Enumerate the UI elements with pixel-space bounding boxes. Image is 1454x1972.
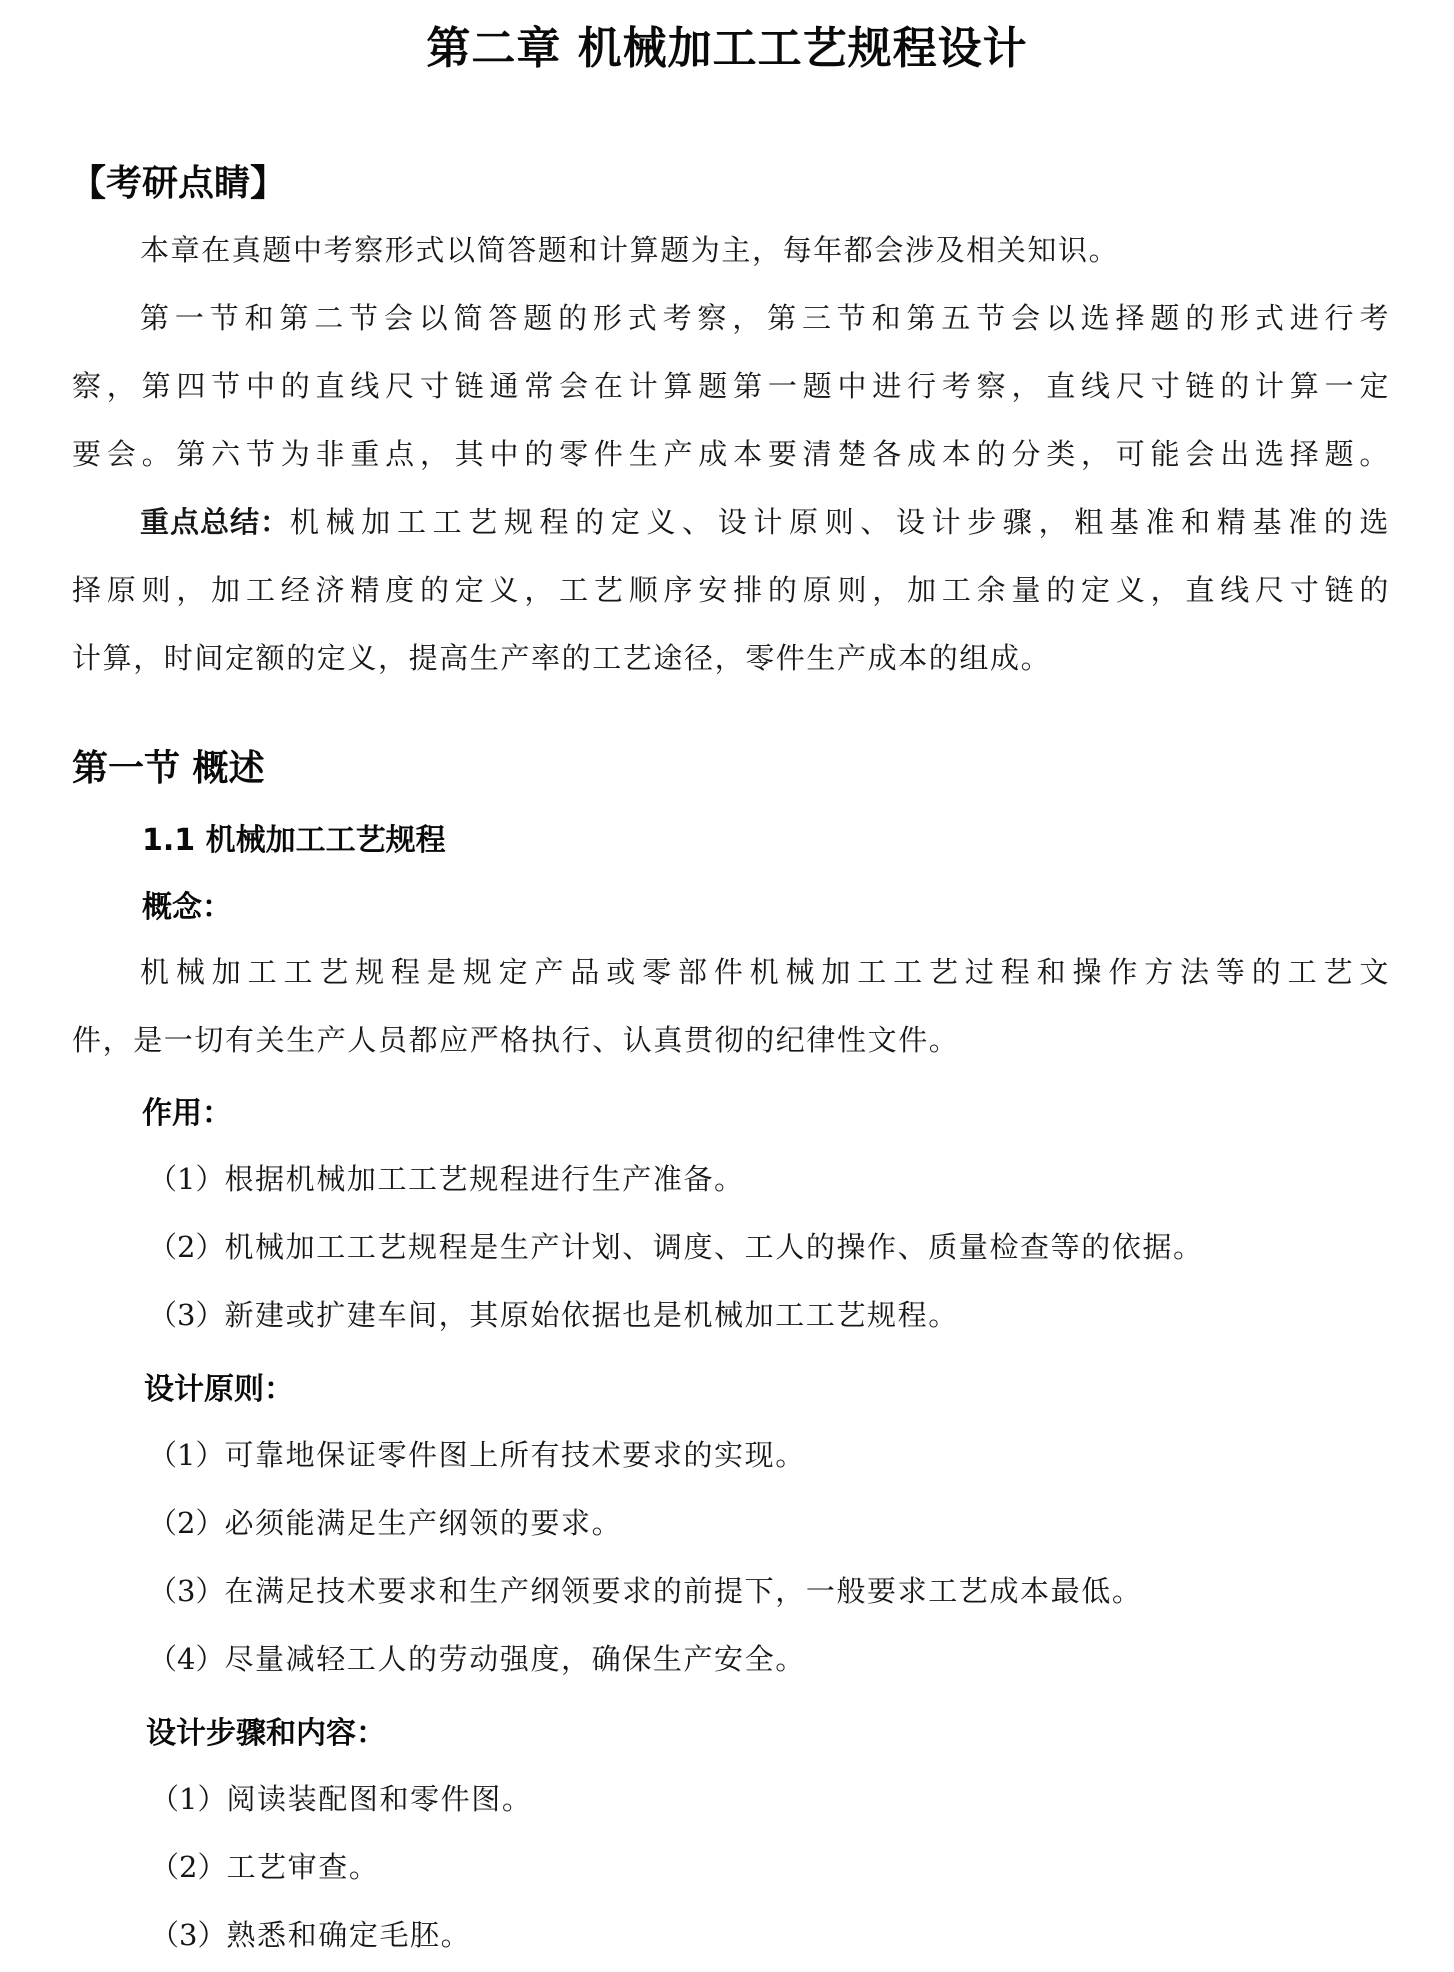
- exam-focus-paragraph-2-line-3: 要会。第六节为非重点，其中的零件生产成本要清楚各成本的分类，可能会出选择题。: [72, 432, 1390, 473]
- item-text: 可靠地保证零件图上所有技术要求的实现。: [224, 1438, 805, 1472]
- item-number: （3）: [148, 1574, 224, 1608]
- item-text: 新建或扩建车间，其原始依据也是机械加工工艺规程。: [224, 1298, 958, 1332]
- item-text: 在满足技术要求和生产纲领要求的前提下，一般要求工艺成本最低。: [224, 1574, 1142, 1608]
- principle-item-1: （1）可靠地保证零件图上所有技术要求的实现。: [148, 1433, 806, 1474]
- item-number: （1）: [148, 1162, 224, 1196]
- step-item-2: （2）工艺审查。: [150, 1845, 379, 1886]
- principles-label: 设计原则：: [144, 1364, 294, 1408]
- item-number: （1）: [150, 1782, 226, 1816]
- item-text: 熟悉和确定毛胚。: [226, 1918, 471, 1952]
- purpose-item-3: （3）新建或扩建车间，其原始依据也是机械加工工艺规程。: [148, 1293, 959, 1334]
- item-number: （2）: [148, 1230, 224, 1264]
- chapter-title: 第二章 机械加工工艺规程设计: [0, 12, 1454, 76]
- item-text: 尽量减轻工人的劳动强度，确保生产安全。: [224, 1642, 805, 1676]
- step-item-1: （1）阅读装配图和零件图。: [150, 1777, 532, 1818]
- concept-line-1: 机械加工工艺规程是规定产品或零部件机械加工工艺过程和操作方法等的工艺文: [140, 950, 1390, 991]
- item-text: 工艺审查。: [226, 1850, 379, 1884]
- summary-label: 重点总结：: [140, 500, 290, 541]
- exam-focus-heading: 【考研点睛】: [70, 155, 286, 206]
- concept-label: 概念：: [142, 882, 232, 926]
- section-heading: 第一节 概述: [72, 740, 265, 791]
- summary-line-2: 择原则，加工经济精度的定义，工艺顺序安排的原则，加工余量的定义，直线尺寸链的: [72, 568, 1390, 609]
- item-text: 必须能满足生产纲领的要求。: [224, 1506, 622, 1540]
- exam-focus-paragraph-2-line-1: 第一节和第二节会以简答题的形式考察，第三节和第五节会以选择题的形式进行考: [140, 296, 1390, 337]
- summary-line-3: 计算，时间定额的定义，提高生产率的工艺途径，零件生产成本的组成。: [72, 636, 1051, 677]
- step-item-3: （3）熟悉和确定毛胚。: [150, 1913, 471, 1954]
- exam-focus-paragraph-1: 本章在真题中考察形式以简答题和计算题为主，每年都会涉及相关知识。: [140, 228, 1119, 269]
- summary-line-1: 重点总结： 机械加工工艺规程的定义、设计原则、设计步骤，粗基准和精基准的选: [140, 500, 1390, 541]
- item-number: （4）: [148, 1642, 224, 1676]
- steps-label: 设计步骤和内容：: [146, 1708, 386, 1752]
- item-text: 根据机械加工工艺规程进行生产准备。: [224, 1162, 744, 1196]
- purpose-item-2: （2）机械加工工艺规程是生产计划、调度、工人的操作、质量检查等的依据。: [148, 1225, 1204, 1266]
- principle-item-3: （3）在满足技术要求和生产纲领要求的前提下，一般要求工艺成本最低。: [148, 1569, 1142, 1610]
- item-number: （2）: [148, 1506, 224, 1540]
- item-number: （3）: [150, 1918, 226, 1952]
- principle-item-2: （2）必须能满足生产纲领的要求。: [148, 1501, 622, 1542]
- principle-item-4: （4）尽量减轻工人的劳动强度，确保生产安全。: [148, 1637, 806, 1678]
- exam-focus-paragraph-2-line-2: 察，第四节中的直线尺寸链通常会在计算题第一题中进行考察，直线尺寸链的计算一定: [72, 364, 1390, 405]
- item-number: （1）: [148, 1438, 224, 1472]
- purpose-item-1: （1）根据机械加工工艺规程进行生产准备。: [148, 1157, 745, 1198]
- purpose-label: 作用：: [142, 1088, 232, 1132]
- item-text: 阅读装配图和零件图。: [226, 1782, 532, 1816]
- concept-line-2: 件，是一切有关生产人员都应严格执行、认真贯彻的纪律性文件。: [72, 1018, 959, 1059]
- summary-text-1: 机械加工工艺规程的定义、设计原则、设计步骤，粗基准和精基准的选: [290, 500, 1390, 541]
- item-number: （2）: [150, 1850, 226, 1884]
- item-text: 机械加工工艺规程是生产计划、调度、工人的操作、质量检查等的依据。: [224, 1230, 1203, 1264]
- subsection-heading: 1.1 机械加工工艺规程: [142, 815, 446, 859]
- item-number: （3）: [148, 1298, 224, 1332]
